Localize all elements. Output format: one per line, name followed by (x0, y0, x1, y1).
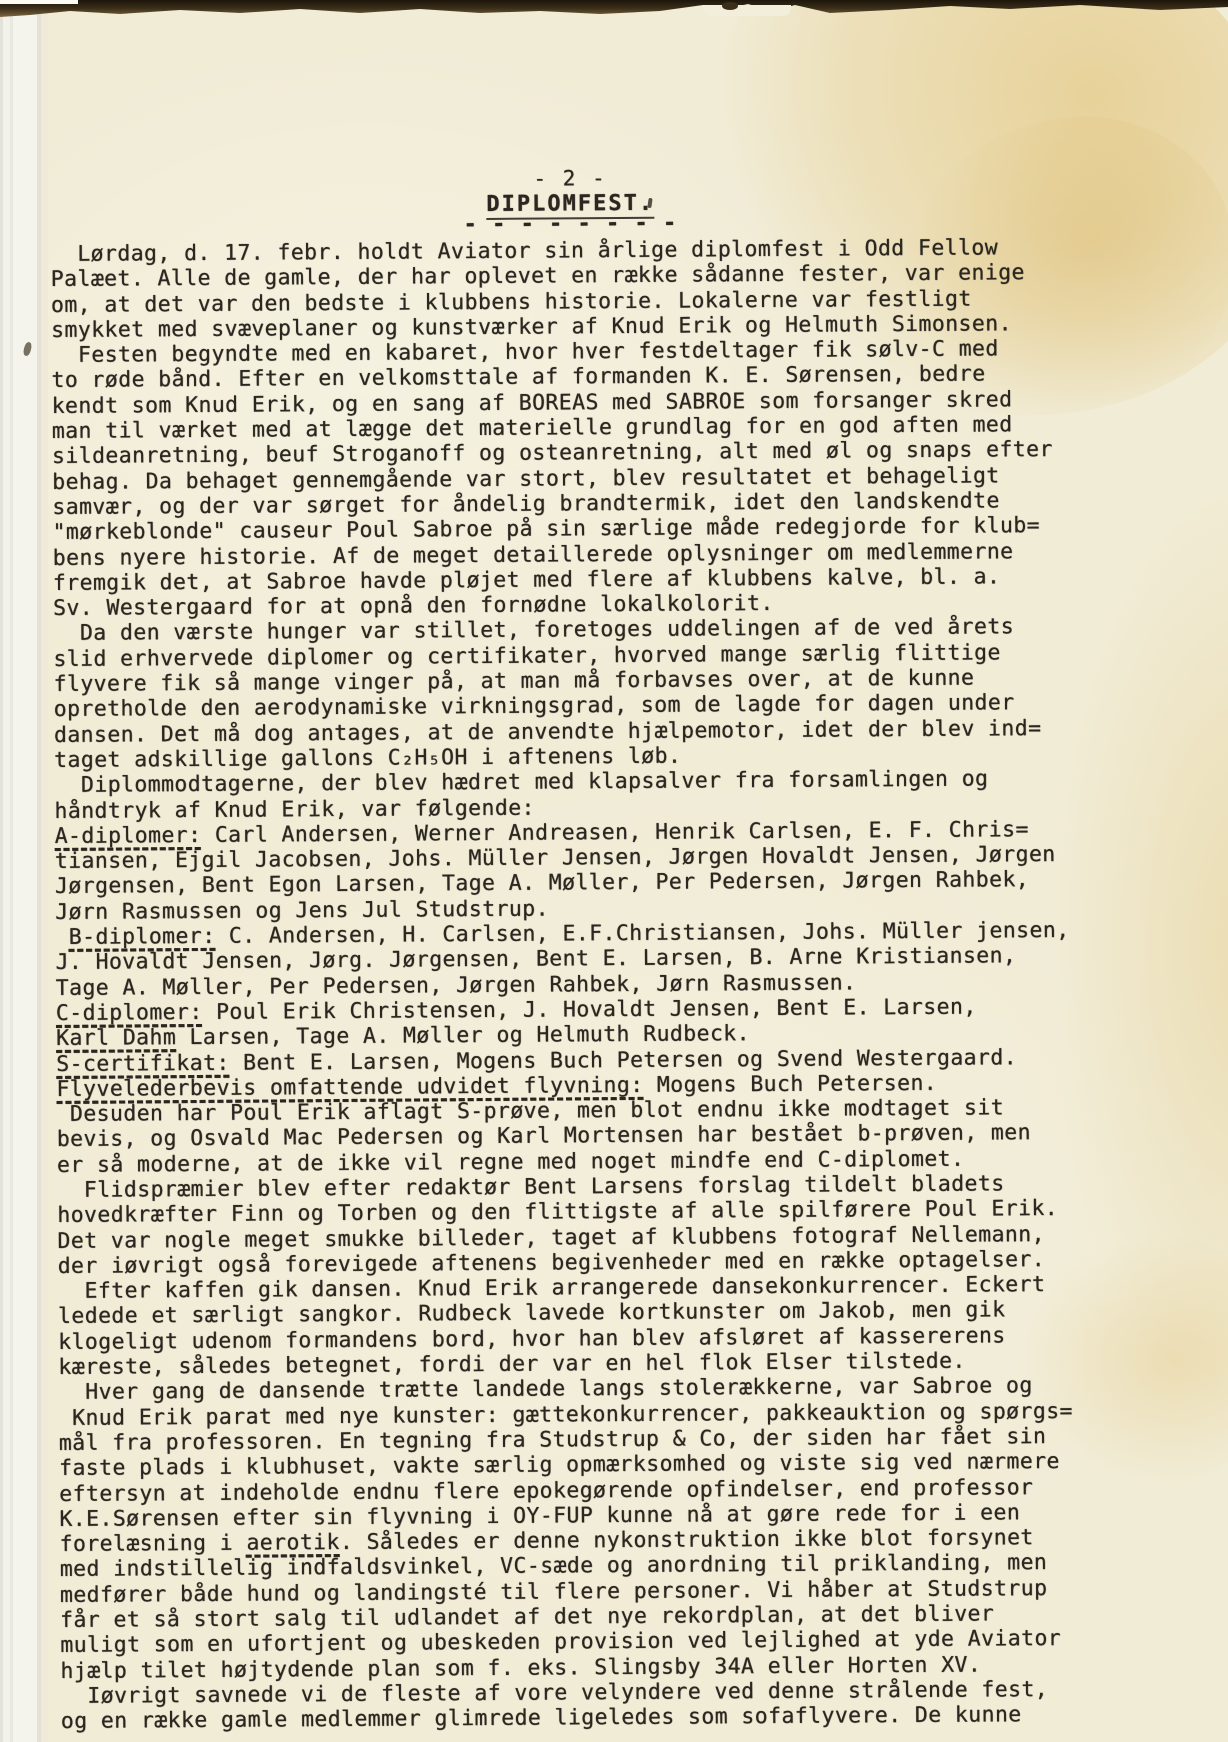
text-segment: Jørn Rasmussen og Jens Jul Studstrup. (55, 896, 549, 924)
text-segment (55, 925, 69, 950)
underlined-text: A-diplomer: (55, 823, 202, 849)
underlined-text: Flyvelederbevis omfattende udvidet flyvn… (56, 1073, 643, 1102)
torn-top-edge (0, 0, 1228, 18)
underlined-text: Karl Dahm (56, 1025, 176, 1051)
underlined-text: C-diplomer: (56, 1000, 203, 1026)
page-left-edge (0, 0, 48, 1742)
text-segment: Poul Erik Christensen, J. Hovaldt Jensen… (203, 994, 977, 1024)
text-segment: og en række gamle medlemmer glimrede lig… (61, 1702, 1022, 1734)
text-segment: Mogens Buch Petersen. (643, 1071, 937, 1098)
top-left-paper-sliver (0, 0, 78, 4)
underlined-text: aerotik (246, 1530, 340, 1556)
underlined-text: B-diplomer: (69, 924, 216, 950)
typewritten-text: - 2 - DIPLOMFEST. - - - - - - - - Lørdag… (50, 162, 1228, 1735)
text-segment: forelæsning i (60, 1531, 247, 1557)
torn-edge-notch (703, 5, 791, 16)
underlined-text: S-certifikat: (56, 1050, 230, 1076)
paper-sheet: - 2 - DIPLOMFEST. - - - - - - - - Lørdag… (0, 0, 1228, 1742)
document-body: Lørdag, d. 17. febr. holdt Aviator sin å… (51, 234, 1228, 1735)
text-segment: Larsen, Tage A. Møller og Helmuth Rudbec… (176, 1021, 750, 1050)
text-segment: håndtryk af Knud Erik, var følgende: (54, 795, 535, 823)
torn-edge-fragment (722, 2, 738, 10)
scanned-document-page: - 2 - DIPLOMFEST. - - - - - - - - Lørdag… (0, 0, 1228, 1742)
